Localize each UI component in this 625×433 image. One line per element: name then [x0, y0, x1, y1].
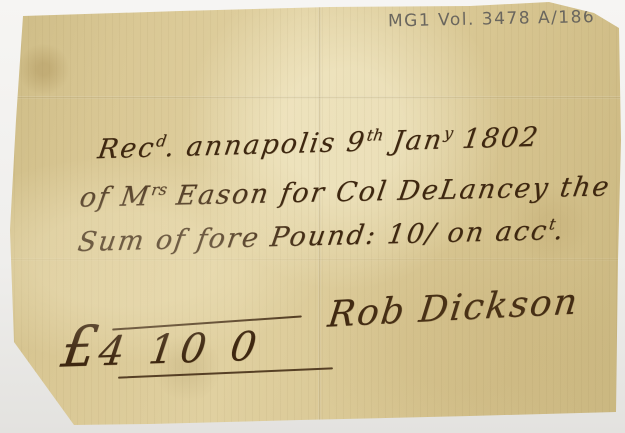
signature: Rob Dickson	[327, 281, 580, 335]
horizontal-fold-crease	[0, 96, 625, 99]
receipt-line-date: Recd. annapolis 9th Jany 1802	[98, 121, 540, 165]
line1-month: Jan	[380, 124, 445, 157]
amount-total: £4 10 0	[61, 309, 264, 381]
signature-text: Rob Dickson	[326, 281, 582, 335]
line2-text: of M	[78, 181, 153, 214]
line2-names: Eason for Col DeLancey the	[164, 171, 613, 211]
horizontal-fold-crease-lower	[0, 258, 625, 261]
line3-text: Sum of fore Pound: 10/ on acc	[76, 215, 551, 258]
amount-pence: 0	[227, 323, 265, 370]
receipt-line-payer: of Mrs Eason for Col DeLancey the	[80, 170, 611, 213]
receipt-line-sum: Sum of fore Pound: 10/ on acct.	[78, 214, 566, 258]
receipt-paper: MG1 Vol. 3478 A/186 Recd. annapolis 9th …	[0, 0, 625, 433]
photograph-background: MG1 Vol. 3478 A/186 Recd. annapolis 9th …	[0, 0, 625, 433]
archival-reference-text: MG1 Vol. 3478 A/186	[388, 7, 596, 31]
amount-pounds: 4	[96, 328, 134, 375]
line1-year: 1802	[450, 122, 542, 156]
archival-reference-note: MG1 Vol. 3478 A/186	[388, 7, 618, 32]
line1-place: . annapolis 9	[163, 127, 368, 164]
amount-shillings: 10	[146, 325, 215, 373]
line1-text: Rec	[96, 132, 158, 165]
